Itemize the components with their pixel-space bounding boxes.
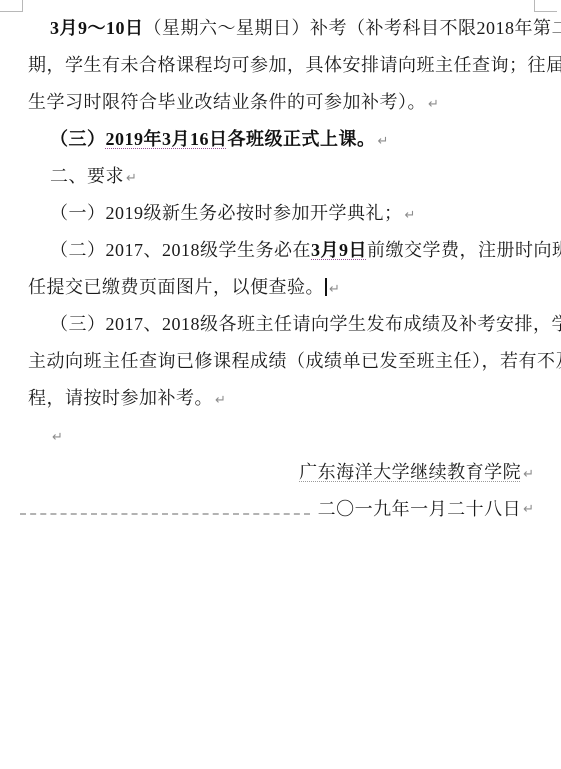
document-content[interactable]: 3月9～10日（星期六～星期日）补考（补考科目不限2018年第二学 期，学生有未… <box>28 10 534 528</box>
body-text: （二）2017、2018级学生务必在 <box>50 240 311 260</box>
body-text: 主动向班主任查询已修课程成绩（成绩单已发至班主任），若有不及格课 <box>28 351 561 371</box>
paragraph-mark-icon: ↵ <box>327 282 340 297</box>
body-text: 程，请按时参加补考。 <box>28 388 213 408</box>
body-text: 前缴交学费，注册时向班主 <box>367 240 561 260</box>
date-text: 二〇一九年一月二十八日 <box>318 491 522 528</box>
text-line: （三）2017、2018级各班主任请向学生发布成绩及补考安排，学生请 <box>28 306 534 343</box>
paragraph-mark-icon: ↵ <box>213 393 226 408</box>
paragraph-mark-icon: ↵ <box>426 97 439 112</box>
body-text: 生学习时限符合毕业改结业条件的可参加补考）。 <box>28 92 426 112</box>
body-text-bold: 各班级正式上课。 <box>228 129 376 149</box>
text-line: 期，学生有未合格课程均可参加，具体安排请向班主任查询；往届结业学 <box>28 47 534 84</box>
heading-text: 二、要求 <box>50 166 124 186</box>
text-line: 主动向班主任查询已修课程成绩（成绩单已发至班主任），若有不及格课 <box>28 343 534 380</box>
text-line: 程，请按时参加补考。↵ <box>28 380 534 417</box>
text-line: （二）2017、2018级学生务必在3月9日前缴交学费，注册时向班主 <box>28 232 534 269</box>
body-text: 任提交已缴费页面图片，以便查验。 <box>28 277 324 297</box>
text-line: 二、要求↵ <box>28 158 534 195</box>
text-line: 二〇一九年一月二十八日↵ <box>28 491 534 528</box>
paragraph-mark-icon: ↵ <box>376 134 389 149</box>
date-smart-tag: 3月9日 <box>311 240 367 260</box>
body-text: 期，学生有未合格课程均可参加，具体安排请向班主任查询；往届结业学 <box>28 55 561 75</box>
text-line: ↵ <box>28 417 534 454</box>
text-line: 生学习时限符合毕业改结业条件的可参加补考）。↵ <box>28 84 534 121</box>
signature-text: 广东海洋大学继续教育学院 <box>299 462 521 482</box>
paragraph-mark-icon: ↵ <box>50 430 63 445</box>
date-smart-tag: 2019年3月16日 <box>106 129 228 149</box>
text-line: （一）2019级新生务必按时参加开学典礼；↵ <box>28 195 534 232</box>
text-line: 任提交已缴费页面图片，以便查验。↵ <box>28 269 534 306</box>
body-text: （一）2019级新生务必按时参加开学典礼； <box>50 203 403 223</box>
body-text-bold: （三） <box>50 129 106 149</box>
paragraph-mark-icon: ↵ <box>403 208 416 223</box>
text-line: 广东海洋大学继续教育学院↵ <box>28 454 534 491</box>
paragraph-mark-icon: ↵ <box>521 467 534 482</box>
dashed-leader <box>20 513 310 515</box>
body-text-bold: 3月9～10日 <box>50 18 144 38</box>
body-text: （三）2017、2018级各班主任请向学生发布成绩及补考安排，学生请 <box>50 314 561 334</box>
document-page: 3月9～10日（星期六～星期日）补考（补考科目不限2018年第二学 期，学生有未… <box>0 0 561 769</box>
text-line: （三）2019年3月16日各班级正式上课。↵ <box>28 121 534 158</box>
crop-mark-top-left <box>0 0 23 12</box>
paragraph-mark-icon: ↵ <box>124 171 137 186</box>
text-line: 3月9～10日（星期六～星期日）补考（补考科目不限2018年第二学 <box>28 10 534 47</box>
paragraph-mark-icon: ↵ <box>521 491 534 528</box>
body-text: （星期六～星期日）补考（补考科目不限2018年第二学 <box>144 18 561 38</box>
